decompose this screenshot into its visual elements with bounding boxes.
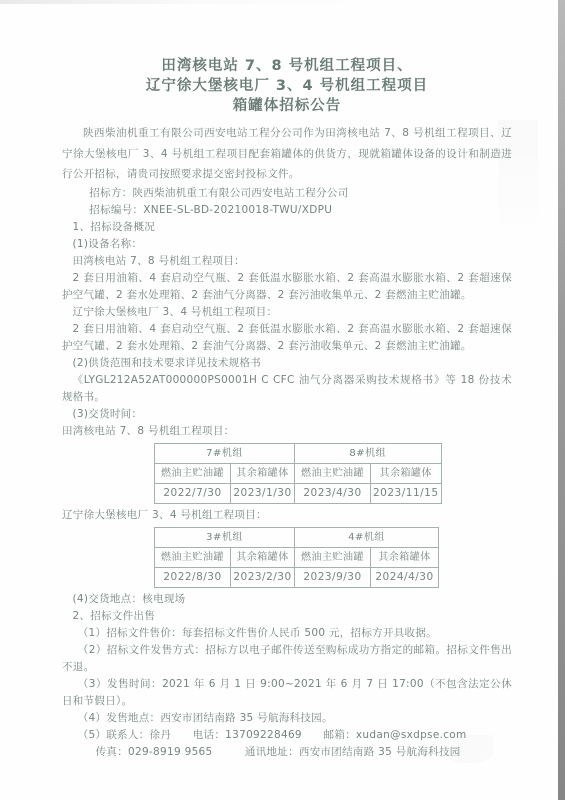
- contact-line: （5）联系人：徐丹 电话：13709228469 邮箱：xudan@sxdpse…: [62, 727, 512, 744]
- scan-shadow-top: [0, 0, 565, 4]
- column-header-cell: 其余箱罐体: [231, 463, 295, 483]
- date-cell: 2022/7/30: [155, 483, 231, 503]
- supply-scope-line: (2)供货范围和技术要求详见技术规格书: [62, 355, 512, 372]
- column-header-cell: 其余箱罐体: [231, 547, 295, 567]
- column-header-cell: 其余箱罐体: [371, 463, 442, 483]
- document-body: 田湾核电站 7、8 号机组工程项目、 辽宁徐大堡核电厂 3、4 号机组工程项目 …: [62, 56, 512, 761]
- equipment-name-label: (1)设备名称：: [62, 236, 512, 253]
- column-header-cell: 燃油主贮油罐: [295, 463, 371, 483]
- sale-time-line: （3）发售时间：2021 年 6 月 1 日 9:00~2021 年 6 月 7…: [62, 676, 512, 710]
- delivery-table-2-caption: 辽宁徐大堡核电厂 3、4 号机组工程项目：: [62, 507, 512, 524]
- date-cell: 2023/4/30: [295, 483, 371, 503]
- table-row: 3#机组 4#机组: [155, 527, 439, 547]
- tianwan-equipment-list: 2 套日用油箱、4 套启动空气瓶、2 套低温水膨胀水箱、2 套高温水膨胀水箱、2…: [62, 270, 512, 304]
- xudabao-equipment-list: 2 套日用油箱、4 套启动空气瓶、2 套低温水膨胀水箱、2 套高温水膨胀水箱、2…: [62, 321, 512, 355]
- tenderer-line: 招标方：陕西柴油机重工有限公司西安电站工程分公司: [62, 185, 512, 202]
- column-header-cell: 燃油主贮油罐: [155, 547, 231, 567]
- unit-header-cell: 8#机组: [295, 443, 442, 463]
- delivery-time-label: (3)交货时间：: [62, 406, 512, 423]
- table-row: 2022/8/30 2023/2/30 2023/9/30 2024/4/30: [155, 567, 439, 587]
- delivery-place-line: (4)交货地点：核电现场: [62, 591, 512, 608]
- xudabao-project-label: 辽宁徐大堡核电厂 3、4 号机组工程项目：: [62, 304, 512, 321]
- table-row: 燃油主贮油罐 其余箱罐体 燃油主贮油罐 其余箱罐体: [155, 463, 442, 483]
- delivery-table-tianwan: 7#机组 8#机组 燃油主贮油罐 其余箱罐体 燃油主贮油罐 其余箱罐体 2022…: [154, 443, 442, 504]
- delivery-table-1-caption: 田湾核电站 7、8 号机组工程项目：: [62, 423, 512, 440]
- spec-books-line: 《LYGL212A52AT000000PS0001H C CFC 油气分离器采购…: [62, 372, 512, 406]
- doc-sale-method-line: （2）招标文件发售方式：招标方以电子邮件传送至购标成功方指定的邮箱。招标文件售出…: [62, 642, 512, 676]
- doc-title-line-3: 箱罐体招标公告: [62, 96, 512, 116]
- tender-number-line: 招标编号：XNEE-SL-BD-20210018-TWU/XDPU: [62, 202, 512, 219]
- date-cell: 2023/9/30: [295, 567, 371, 587]
- table-row: 7#机组 8#机组: [155, 443, 442, 463]
- unit-header-cell: 3#机组: [155, 527, 295, 547]
- unit-header-cell: 4#机组: [295, 527, 439, 547]
- doc-title-line-1: 田湾核电站 7、8 号机组工程项目、: [62, 56, 512, 76]
- scanned-tender-announcement-page: 田湾核电站 7、8 号机组工程项目、 辽宁徐大堡核电厂 3、4 号机组工程项目 …: [0, 0, 565, 800]
- scan-edge-right: [558, 0, 565, 800]
- date-cell: 2023/2/30: [231, 567, 295, 587]
- tianwan-project-label: 田湾核电站 7、8 号机组工程项目：: [62, 253, 512, 270]
- sale-place-line: （4）发售地点：西安市团结南路 35 号航海科技园。: [62, 710, 512, 727]
- delivery-table-xudabao: 3#机组 4#机组 燃油主贮油罐 其余箱罐体 燃油主贮油罐 其余箱罐体 2022…: [154, 527, 439, 588]
- table-row: 燃油主贮油罐 其余箱罐体 燃油主贮油罐 其余箱罐体: [155, 547, 439, 567]
- fax-line: 传真：029-8919 9565 通讯地址：西安市团结南路 35 号航海科技园: [62, 744, 512, 761]
- section-2-heading: 2、招标文件出售: [62, 608, 512, 625]
- table-row: 2022/7/30 2023/1/30 2023/4/30 2023/11/15: [155, 483, 442, 503]
- unit-header-cell: 7#机组: [155, 443, 295, 463]
- date-cell: 2022/8/30: [155, 567, 231, 587]
- column-header-cell: 燃油主贮油罐: [295, 547, 371, 567]
- date-cell: 2023/1/30: [231, 483, 295, 503]
- date-cell: 2023/11/15: [371, 483, 442, 503]
- section-1-heading: 1、招标设备概况: [62, 219, 512, 236]
- doc-title-line-2: 辽宁徐大堡核电厂 3、4 号机组工程项目: [62, 76, 512, 96]
- column-header-cell: 其余箱罐体: [371, 547, 439, 567]
- intro-paragraph: 陕西柴油机重工有限公司西安电站工程分公司作为田湾核电站 7、8 号机组工程项目、…: [62, 123, 512, 185]
- column-header-cell: 燃油主贮油罐: [155, 463, 231, 483]
- doc-sale-price-line: （1）招标文件售价：每套招标文件售价人民币 500 元，招标方开具收据。: [62, 625, 512, 642]
- date-cell: 2024/4/30: [371, 567, 439, 587]
